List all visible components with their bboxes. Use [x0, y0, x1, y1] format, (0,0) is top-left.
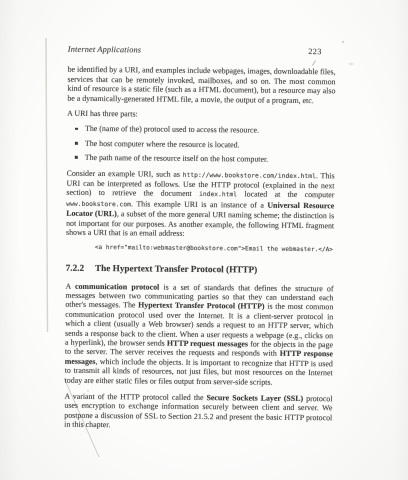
scanned-book-page: Internet Applications 223 be identified …	[0, 0, 408, 480]
paragraph-ssl: A variant of the HTTP protocol called th…	[64, 392, 332, 432]
list-item-text: The (name of the) protocol used to acces…	[85, 124, 259, 135]
uri-parts-list: The (name of the) protocol used to acces…	[67, 124, 335, 165]
list-item: The (name of the) protocol used to acces…	[67, 124, 335, 136]
paragraph-uri-parts-intro: A URI has three parts:	[67, 109, 335, 121]
paragraph-uri-examples: be identified by a URI, and examples inc…	[67, 65, 335, 105]
html-code-fragment: <a href="mailto:webmaster@bookstore.com"…	[95, 243, 334, 253]
bullet-square-icon	[75, 142, 78, 145]
list-item-text: The host computer where the resource is …	[85, 139, 240, 149]
paragraph-example-uri: Consider an example URI, such as http://…	[66, 168, 335, 239]
bullet-square-icon	[75, 127, 78, 130]
list-item: The host computer where the resource is …	[67, 139, 335, 151]
smudge	[349, 63, 354, 66]
paragraph-http-protocol: A communication protocol is a set of sta…	[65, 281, 334, 387]
section-heading: 7.2.2The Hypertext Transfer Protocol (HT…	[66, 262, 334, 276]
page-number: 223	[308, 47, 336, 57]
list-item: The path name of the resource itself on …	[67, 153, 335, 165]
running-header-title: Internet Applications	[68, 45, 141, 55]
speck	[342, 41, 344, 43]
section-number: 7.2.2	[66, 262, 84, 272]
page-text-block: Internet Applications 223 be identified …	[64, 45, 336, 432]
binding-shadow-line	[46, 38, 48, 332]
section-title: The Hypertext Transfer Protocol (HTTP)	[95, 262, 257, 274]
bullet-square-icon	[75, 156, 78, 159]
running-header: Internet Applications 223	[68, 45, 336, 57]
list-item-text: The path name of the resource itself on …	[85, 153, 268, 164]
